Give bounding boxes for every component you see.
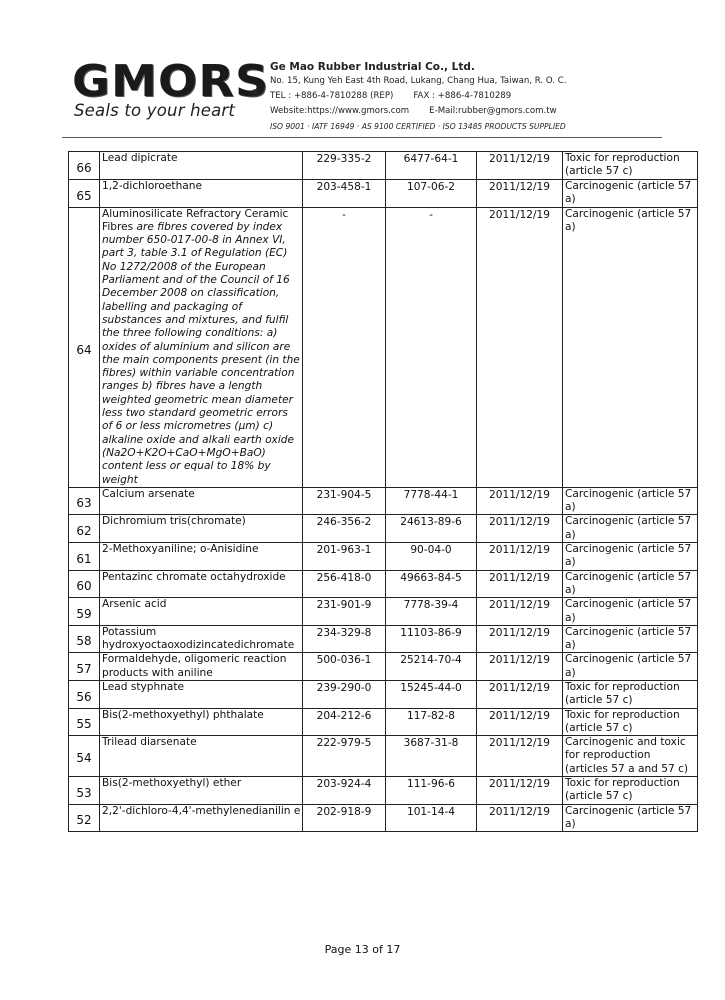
table-row: 66Lead dipicrate229-335-26477-64-12011/1… — [69, 152, 698, 180]
inclusion-date: 2011/12/19 — [477, 570, 563, 598]
page-number: Page 13 of 17 — [0, 943, 725, 956]
table-row: 522,2'-dichloro-4,4'-methylenedianilin e… — [69, 804, 698, 832]
inclusion-reason: Carcinogenic (article 57 a) — [563, 180, 698, 208]
inclusion-reason: Carcinogenic (article 57 a) — [563, 515, 698, 543]
row-number: 66 — [69, 152, 100, 180]
inclusion-date: 2011/12/19 — [477, 543, 563, 571]
cas-number: - — [386, 207, 477, 487]
row-number: 59 — [69, 598, 100, 626]
substance-name-text: 2,2'-dichloro-4,4'-methylenedianilin e — [102, 805, 300, 817]
company-tel: TEL : +886-4-7810288 (REP) — [270, 91, 393, 101]
inclusion-date: 2011/12/19 — [477, 180, 563, 208]
cas-number: 25214-70-4 — [386, 653, 477, 681]
header-divider — [62, 137, 662, 138]
company-fax: FAX : +886-4-7810289 — [413, 91, 511, 101]
svhc-table: 66Lead dipicrate229-335-26477-64-12011/1… — [68, 151, 698, 832]
substance-name: Potassium hydroxyoctaoxodizincatedichrom… — [100, 625, 303, 653]
row-number: 61 — [69, 543, 100, 571]
cas-number: 6477-64-1 — [386, 152, 477, 180]
inclusion-date: 2011/12/19 — [477, 736, 563, 777]
table-row: 64Aluminosilicate Refractory Ceramic Fib… — [69, 207, 698, 487]
cas-number: 15245-44-0 — [386, 680, 477, 708]
cas-number: 7778-44-1 — [386, 487, 477, 515]
inclusion-date: 2011/12/19 — [477, 777, 563, 805]
inclusion-date: 2011/12/19 — [477, 487, 563, 515]
row-number: 55 — [69, 708, 100, 736]
ec-number: 500-036-1 — [303, 653, 386, 681]
table-row: 612-Methoxyaniline; o-Anisidine201-963-1… — [69, 543, 698, 571]
substance-name-text: Formaldehyde, oligomeric reaction produc… — [102, 653, 286, 678]
inclusion-reason: Toxic for reproduction (article 57 c) — [563, 680, 698, 708]
ec-number: 202-918-9 — [303, 804, 386, 832]
substance-name: Lead dipicrate — [100, 152, 303, 180]
cas-number: 107-06-2 — [386, 180, 477, 208]
substance-name: Calcium arsenate — [100, 487, 303, 515]
company-name: Ge Mao Rubber Industrial Co., Ltd. — [270, 60, 567, 74]
substance-name: 2-Methoxyaniline; o-Anisidine — [100, 543, 303, 571]
substance-name: Bis(2-methoxyethyl) ether — [100, 777, 303, 805]
ec-number: 222-979-5 — [303, 736, 386, 777]
ec-number: 231-901-9 — [303, 598, 386, 626]
inclusion-date: 2011/12/19 — [477, 708, 563, 736]
company-phone-fax: TEL : +886-4-7810288 (REP)FAX : +886-4-7… — [270, 89, 567, 104]
inclusion-date: 2011/12/19 — [477, 207, 563, 487]
substance-name-text: Lead dipicrate — [102, 152, 178, 164]
substance-name-text: Dichromium tris(chromate) — [102, 515, 246, 527]
ec-number: 203-924-4 — [303, 777, 386, 805]
company-info: Ge Mao Rubber Industrial Co., Ltd. No. 1… — [270, 60, 567, 134]
ec-number: 256-418-0 — [303, 570, 386, 598]
table-row: 63Calcium arsenate231-904-57778-44-12011… — [69, 487, 698, 515]
substance-name: 2,2'-dichloro-4,4'-methylenedianilin e — [100, 804, 303, 832]
substance-name-text: Calcium arsenate — [102, 488, 195, 500]
substance-name: Formaldehyde, oligomeric reaction produc… — [100, 653, 303, 681]
certifications: ISO 9001 · IATF 16949 · AS 9100 CERTIFIE… — [270, 119, 567, 134]
table-row: 59Arsenic acid231-901-97778-39-42011/12/… — [69, 598, 698, 626]
inclusion-date: 2011/12/19 — [477, 804, 563, 832]
company-address: No. 15, Kung Yeh East 4th Road, Lukang, … — [270, 74, 567, 89]
table-row: 56Lead styphnate239-290-015245-44-02011/… — [69, 680, 698, 708]
logo-tagline: Seals to your heart — [74, 101, 235, 120]
table-row: 53Bis(2-methoxyethyl) ether203-924-4111-… — [69, 777, 698, 805]
row-number: 57 — [69, 653, 100, 681]
ec-number: 239-290-0 — [303, 680, 386, 708]
ec-number: - — [303, 207, 386, 487]
substance-name-text: 1,2-dichloroethane — [102, 180, 202, 192]
registered-mark-icon: ® — [250, 88, 260, 99]
company-logo: GMORS ® Seals to your heart — [72, 60, 262, 125]
row-number: 58 — [69, 625, 100, 653]
inclusion-date: 2011/12/19 — [477, 598, 563, 626]
inclusion-reason: Carcinogenic (article 57 a) — [563, 598, 698, 626]
row-number: 64 — [69, 207, 100, 487]
row-number: 52 — [69, 804, 100, 832]
ec-number: 204-212-6 — [303, 708, 386, 736]
substance-name: Aluminosilicate Refractory Ceramic Fibre… — [100, 207, 303, 487]
cas-number: 90-04-0 — [386, 543, 477, 571]
row-number: 60 — [69, 570, 100, 598]
cas-number: 3687-31-8 — [386, 736, 477, 777]
substance-name: Dichromium tris(chromate) — [100, 515, 303, 543]
ec-number: 231-904-5 — [303, 487, 386, 515]
company-web-email: Website:https://www.gmors.comE-Mail:rubb… — [270, 104, 567, 119]
cas-number: 24613-89-6 — [386, 515, 477, 543]
substance-name: Arsenic acid — [100, 598, 303, 626]
substance-name: 1,2-dichloroethane — [100, 180, 303, 208]
inclusion-reason: Carcinogenic (article 57 a) — [563, 804, 698, 832]
table-row: 62Dichromium tris(chromate)246-356-22461… — [69, 515, 698, 543]
inclusion-date: 2011/12/19 — [477, 680, 563, 708]
substance-definition-text: are fibres covered by index number 650-0… — [102, 221, 300, 486]
row-number: 53 — [69, 777, 100, 805]
svhc-table-body: 66Lead dipicrate229-335-26477-64-12011/1… — [69, 152, 698, 832]
ec-number: 203-458-1 — [303, 180, 386, 208]
substance-name: Pentazinc chromate octahydroxide — [100, 570, 303, 598]
substance-name-text: 2-Methoxyaniline; o-Anisidine — [102, 543, 259, 555]
table-row: 60Pentazinc chromate octahydroxide256-41… — [69, 570, 698, 598]
cas-number: 49663-84-5 — [386, 570, 477, 598]
table-row: 55Bis(2-methoxyethyl) phthalate204-212-6… — [69, 708, 698, 736]
company-website[interactable]: Website:https://www.gmors.com — [270, 106, 409, 116]
table-row: 54Trilead diarsenate222-979-53687-31-820… — [69, 736, 698, 777]
inclusion-reason: Carcinogenic (article 57 a) — [563, 570, 698, 598]
inclusion-reason: Carcinogenic (article 57 a) — [563, 487, 698, 515]
row-number: 62 — [69, 515, 100, 543]
substance-name-text: Trilead diarsenate — [102, 736, 197, 748]
table-row: 58Potassium hydroxyoctaoxodizincatedichr… — [69, 625, 698, 653]
substance-name-text: Bis(2-methoxyethyl) ether — [102, 777, 241, 789]
table-row: 57Formaldehyde, oligomeric reaction prod… — [69, 653, 698, 681]
inclusion-reason: Carcinogenic (article 57 a) — [563, 207, 698, 487]
inclusion-reason: Carcinogenic (article 57 a) — [563, 653, 698, 681]
cas-number: 111-96-6 — [386, 777, 477, 805]
inclusion-reason: Carcinogenic (article 57 a) — [563, 543, 698, 571]
row-number: 54 — [69, 736, 100, 777]
cas-number: 117-82-8 — [386, 708, 477, 736]
cas-number: 7778-39-4 — [386, 598, 477, 626]
cas-number: 11103-86-9 — [386, 625, 477, 653]
substance-name-text: Potassium hydroxyoctaoxodizincatedichrom… — [102, 626, 294, 651]
ec-number: 234-329-8 — [303, 625, 386, 653]
row-number: 63 — [69, 487, 100, 515]
inclusion-date: 2011/12/19 — [477, 625, 563, 653]
inclusion-reason: Toxic for reproduction (article 57 c) — [563, 777, 698, 805]
cas-number: 101-14-4 — [386, 804, 477, 832]
inclusion-reason: Carcinogenic (article 57 a) — [563, 625, 698, 653]
logo-wordmark: GMORS — [72, 60, 269, 104]
substance-name-text: Bis(2-methoxyethyl) phthalate — [102, 709, 264, 721]
row-number: 56 — [69, 680, 100, 708]
company-email[interactable]: E-Mail:rubber@gmors.com.tw — [429, 106, 557, 116]
substance-name: Lead styphnate — [100, 680, 303, 708]
substance-name: Trilead diarsenate — [100, 736, 303, 777]
inclusion-reason: Toxic for reproduction (article 57 c) — [563, 152, 698, 180]
substance-name-text: Pentazinc chromate octahydroxide — [102, 571, 286, 583]
ec-number: 229-335-2 — [303, 152, 386, 180]
substance-name-text: Arsenic acid — [102, 598, 166, 610]
ec-number: 246-356-2 — [303, 515, 386, 543]
substance-name: Bis(2-methoxyethyl) phthalate — [100, 708, 303, 736]
inclusion-reason: Toxic for reproduction (article 57 c) — [563, 708, 698, 736]
inclusion-date: 2011/12/19 — [477, 515, 563, 543]
row-number: 65 — [69, 180, 100, 208]
inclusion-date: 2011/12/19 — [477, 152, 563, 180]
ec-number: 201-963-1 — [303, 543, 386, 571]
inclusion-date: 2011/12/19 — [477, 653, 563, 681]
inclusion-reason: Carcinogenic and toxic for reproduction … — [563, 736, 698, 777]
substance-name-text: Lead styphnate — [102, 681, 184, 693]
table-row: 651,2-dichloroethane203-458-1107-06-2201… — [69, 180, 698, 208]
